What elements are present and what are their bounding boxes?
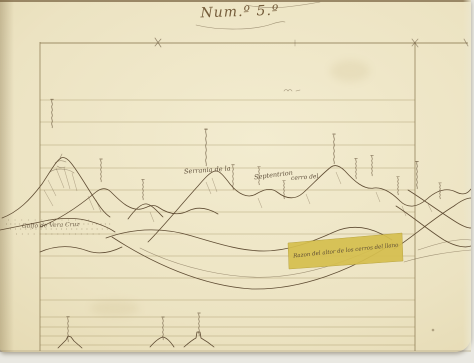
ink-dot <box>432 329 435 332</box>
volcano <box>2 154 110 218</box>
peak-label-marks <box>50 99 441 342</box>
manuscript-page: Num.º 5.º Serrania de la Septentrion cer… <box>0 0 471 352</box>
profile-drawing <box>0 0 471 352</box>
grid-lines <box>0 38 471 351</box>
scanned-document-photo: Num.º 5.º Serrania de la Septentrion cer… <box>0 0 474 363</box>
page-title: Num.º 5.º <box>190 3 290 20</box>
